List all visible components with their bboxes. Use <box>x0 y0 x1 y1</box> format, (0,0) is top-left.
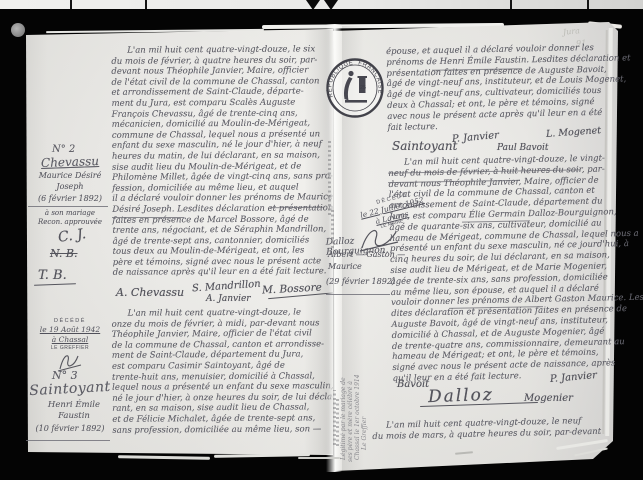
handwritten-line: sans profession, domiciliée au même lieu… <box>112 424 334 436</box>
record-3-continuation: épouse, et auquel il a déclaré vouloir d… <box>386 43 618 134</box>
vertical-mention-line: Chassal le 1er octobre 1914 <box>354 300 361 460</box>
edge-microprint <box>331 208 334 248</box>
film-marker-down-triangle-icon <box>324 0 338 10</box>
microfilm-register-scan: N° 2 Chevassu Maurice Désiré Joseph (6 f… <box>0 0 643 480</box>
film-marker-down-triangle-icon <box>306 0 320 10</box>
margin-given-names: Joseph <box>30 182 110 191</box>
stamp-figure-head <box>348 71 353 76</box>
margin-given-names: Faustin <box>36 411 112 421</box>
decede-stamp-title: Décédé <box>34 318 106 324</box>
film-splice-blob <box>11 23 25 37</box>
page-edge-highlight <box>298 457 340 459</box>
page-edge-highlight <box>214 453 310 458</box>
margin-paraph-initials: T. B. <box>38 268 67 283</box>
decede-stamp-place: à Chassal <box>34 335 106 344</box>
page-edge-highlight <box>118 455 210 459</box>
signature: Mogenier <box>524 393 573 404</box>
edge-microprint <box>328 140 331 215</box>
margin-rule <box>28 206 108 207</box>
margin-mention: à son mariage <box>28 209 112 217</box>
margin-paraph-initials: N. B. <box>50 247 78 260</box>
film-tick-mark <box>510 0 512 9</box>
signature: Paul Bavoit <box>497 143 549 153</box>
margin-given-names: Maurice Désiré <box>30 171 110 180</box>
margin-surname: Chevassu <box>30 154 110 171</box>
vertical-mention-line: Le Greffier <box>361 340 368 450</box>
fiscal-stamp-icon: RÉPUBLIQUE FRANÇAISE 25 <box>324 56 386 120</box>
handwritten-line: et arrondissement de Saint-Claude, dépar… <box>111 87 333 99</box>
handwritten-line: Philomène Millet, âgée de vingt-cinq ans… <box>112 171 334 183</box>
margin-date: (10 février 1892) <box>24 424 116 433</box>
margin-given-names: Henri Émile <box>36 400 112 410</box>
signature: A. Chevassu <box>116 286 184 299</box>
vertical-mention-line: ses père et mère célébré à <box>347 302 354 462</box>
signature: A. Janvier <box>206 294 251 304</box>
decede-stamp-date: le 19 Août 1942 <box>30 325 110 334</box>
margin-date: (6 février 1892) <box>26 194 114 203</box>
stamp-value: 25 <box>360 85 366 91</box>
margin-rule <box>26 440 110 441</box>
name-underline <box>112 217 184 218</box>
record-2-body: L'an mil huit cent quatre-vingt-douze, l… <box>111 44 335 279</box>
record-4-body: L'an mil huit cent quatre-vingt-douze, l… <box>388 153 625 385</box>
stamp-column-cap <box>358 76 368 78</box>
record-number: N° 2 <box>52 144 75 155</box>
film-header-bar <box>0 0 643 9</box>
margin-mention: Recon. approuvée <box>28 218 112 226</box>
record-3-body: L'an mil huit cent quatre-vingt-douze, l… <box>112 307 335 436</box>
vertical-mention-line: Légitimé par le mariage de <box>340 300 347 460</box>
film-tick-mark <box>70 0 72 9</box>
edge-microprint <box>336 398 339 446</box>
margin-rule <box>326 294 390 295</box>
stamp-base <box>345 100 367 103</box>
handwritten-line: ment de Saint-Claude, département du Jur… <box>112 350 334 362</box>
signature: Saintoyant <box>392 139 457 153</box>
film-tick-mark <box>587 0 589 9</box>
handwritten-line: de naissance après qu'il leur en a été f… <box>113 267 335 279</box>
signature: Bavoit <box>397 379 429 390</box>
film-tick-mark <box>145 0 147 9</box>
corner-region-note: Jura <box>563 26 581 37</box>
